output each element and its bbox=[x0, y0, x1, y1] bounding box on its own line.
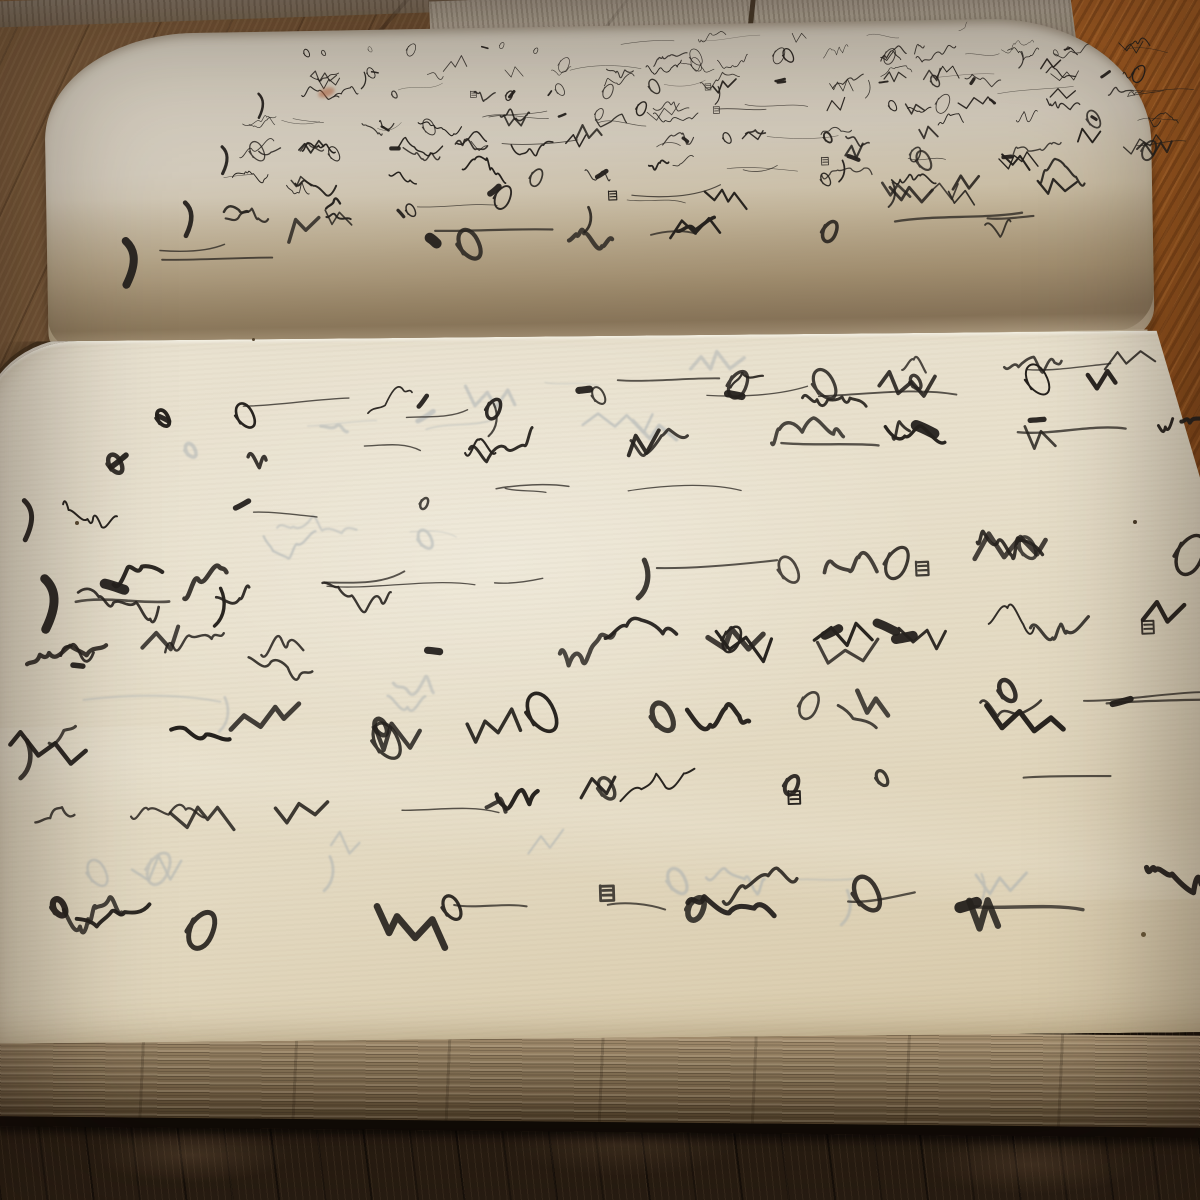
ink-speck bbox=[252, 338, 255, 341]
paper-marks-layer bbox=[0, 0, 1200, 1200]
ink-speck bbox=[1133, 520, 1137, 524]
ink-speck bbox=[1141, 932, 1146, 937]
photo-of-open-manuscript-on-floor bbox=[0, 0, 1200, 1200]
ink-speck bbox=[75, 521, 79, 525]
red-ink-smudge bbox=[317, 85, 336, 99]
